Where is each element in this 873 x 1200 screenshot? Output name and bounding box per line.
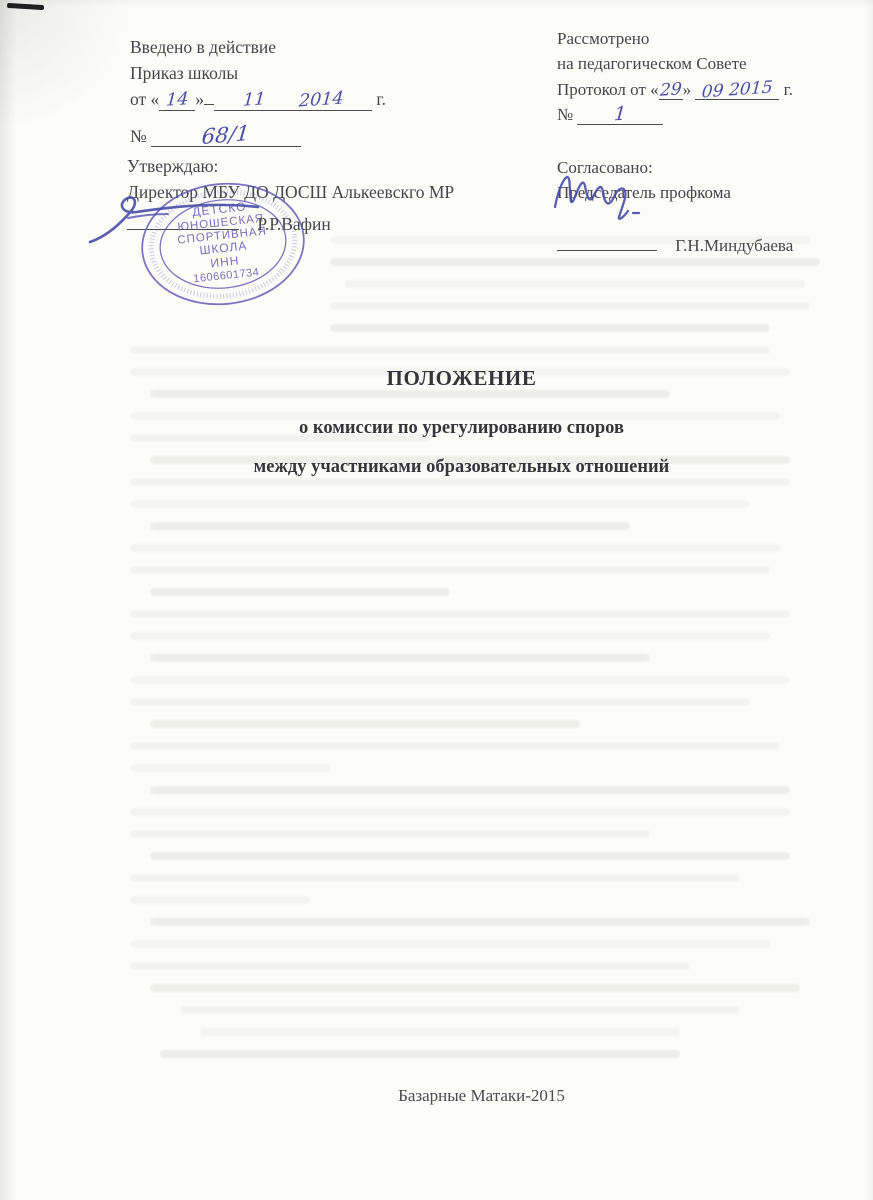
bleed-through-row (345, 280, 805, 288)
bleed-through-row (150, 984, 800, 992)
number-label: № (130, 126, 147, 146)
protocol-number-label: № (557, 105, 573, 124)
handwritten-year: 2014 (298, 91, 344, 112)
bleed-through-row (150, 918, 810, 926)
bleed-through-row (130, 940, 770, 948)
place-and-year: Базарные Матаки-2015 (45, 1086, 873, 1106)
document-subtitle-2: между участниками образовательных отноше… (25, 457, 873, 478)
chairman-ink-signature (549, 163, 664, 225)
bleed-through-row (130, 698, 750, 706)
bleed-through-row (130, 896, 310, 904)
signature-blank (557, 250, 657, 251)
bleed-through-row (150, 786, 790, 794)
protocol-prefix: Протокол от « (557, 80, 659, 99)
bleed-through-row (130, 566, 770, 574)
bleed-through-row (160, 1050, 680, 1058)
bleed-through-row (130, 478, 790, 486)
handwritten-day: 14 (165, 91, 189, 110)
handwritten-protocol-day: 29 (659, 81, 682, 99)
bleed-through-row (150, 654, 650, 662)
review-line-1: Рассмотрено (557, 28, 857, 50)
bleed-through-row (150, 522, 630, 530)
bleed-through-row (130, 764, 330, 772)
date-suffix: г. (376, 89, 386, 109)
blank-line (204, 104, 214, 105)
director-ink-signature (88, 184, 263, 250)
bleed-through-row (130, 676, 790, 684)
handwritten-order-number: 68/1 (201, 123, 251, 148)
bleed-through-row (130, 874, 740, 882)
bleed-through-row (130, 830, 650, 838)
protocol-number-line: № 1 (557, 104, 857, 126)
document-title: ПОЛОЖЕНИЕ (25, 366, 873, 391)
protocol-number-blank: 1 (577, 105, 663, 125)
scan-artifact-mark (7, 3, 44, 10)
handwritten-protocol-date: 09 2015 (701, 79, 773, 101)
review-line-2: на педагогическом Совете (557, 53, 857, 75)
bleed-through-row (130, 632, 770, 640)
bleed-through-row (130, 808, 790, 816)
date-prefix: от « (130, 89, 159, 109)
bleed-through-row (130, 962, 690, 970)
document-subtitle-1: о комиссии по урегулированию споров (25, 418, 873, 439)
bleed-through-row (180, 1006, 740, 1014)
order-line-1: Введено в действие (130, 36, 470, 59)
date-month-year-blank: 112014 (214, 91, 372, 111)
bleed-through-row (130, 742, 780, 750)
bleed-through-row (330, 258, 820, 266)
date-close-quote: » (195, 89, 204, 109)
date-day-blank: 14 (159, 91, 195, 111)
stamp-text-5: ИНН (210, 253, 240, 270)
bleed-through-row (130, 610, 790, 618)
order-date-line: от «14»112014 г. (130, 88, 470, 111)
bleed-through-row (130, 346, 770, 354)
bleed-through-row (130, 500, 750, 508)
bleed-through-row (150, 852, 790, 860)
protocol-suffix: г. (784, 80, 793, 99)
bleed-through-row (200, 1028, 680, 1036)
order-line-2: Приказ школы (130, 62, 470, 85)
chairman-signature-line: Г.Н.Миндубаева (557, 235, 857, 257)
protocol-close-quote: » (683, 80, 692, 99)
order-number-line: № 68/1 (130, 125, 470, 148)
protocol-line: Протокол от «29» 09 2015 г. (557, 79, 857, 101)
protocol-date-blank: 09 2015 (695, 81, 779, 100)
bleed-through-row (130, 544, 780, 552)
number-blank: 68/1 (151, 125, 301, 147)
approve-label: Утверждаю: (127, 155, 547, 178)
bleed-through-row (150, 720, 580, 728)
order-block: Введено в действие Приказ школы от «14»1… (130, 36, 470, 148)
bleed-through-row (330, 324, 770, 332)
handwritten-month: 11 (242, 91, 266, 110)
document-title-block: ПОЛОЖЕНИЕ о комиссии по урегулированию с… (25, 366, 873, 478)
scanned-document-page: Введено в действие Приказ школы от «14»1… (0, 0, 873, 1200)
chairman-name: Г.Н.Миндубаева (675, 236, 793, 255)
bleed-through-row (330, 302, 810, 310)
bleed-through-row (150, 588, 450, 596)
handwritten-protocol-number: 1 (614, 105, 628, 125)
protocol-day-blank: 29 (659, 81, 683, 100)
